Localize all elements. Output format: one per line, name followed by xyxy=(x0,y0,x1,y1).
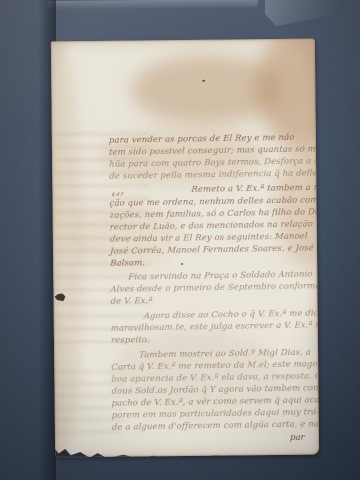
photograph-of-manuscript: para vender as porcas de El Rey e me não… xyxy=(0,0,360,480)
photo-vignette xyxy=(0,0,360,480)
